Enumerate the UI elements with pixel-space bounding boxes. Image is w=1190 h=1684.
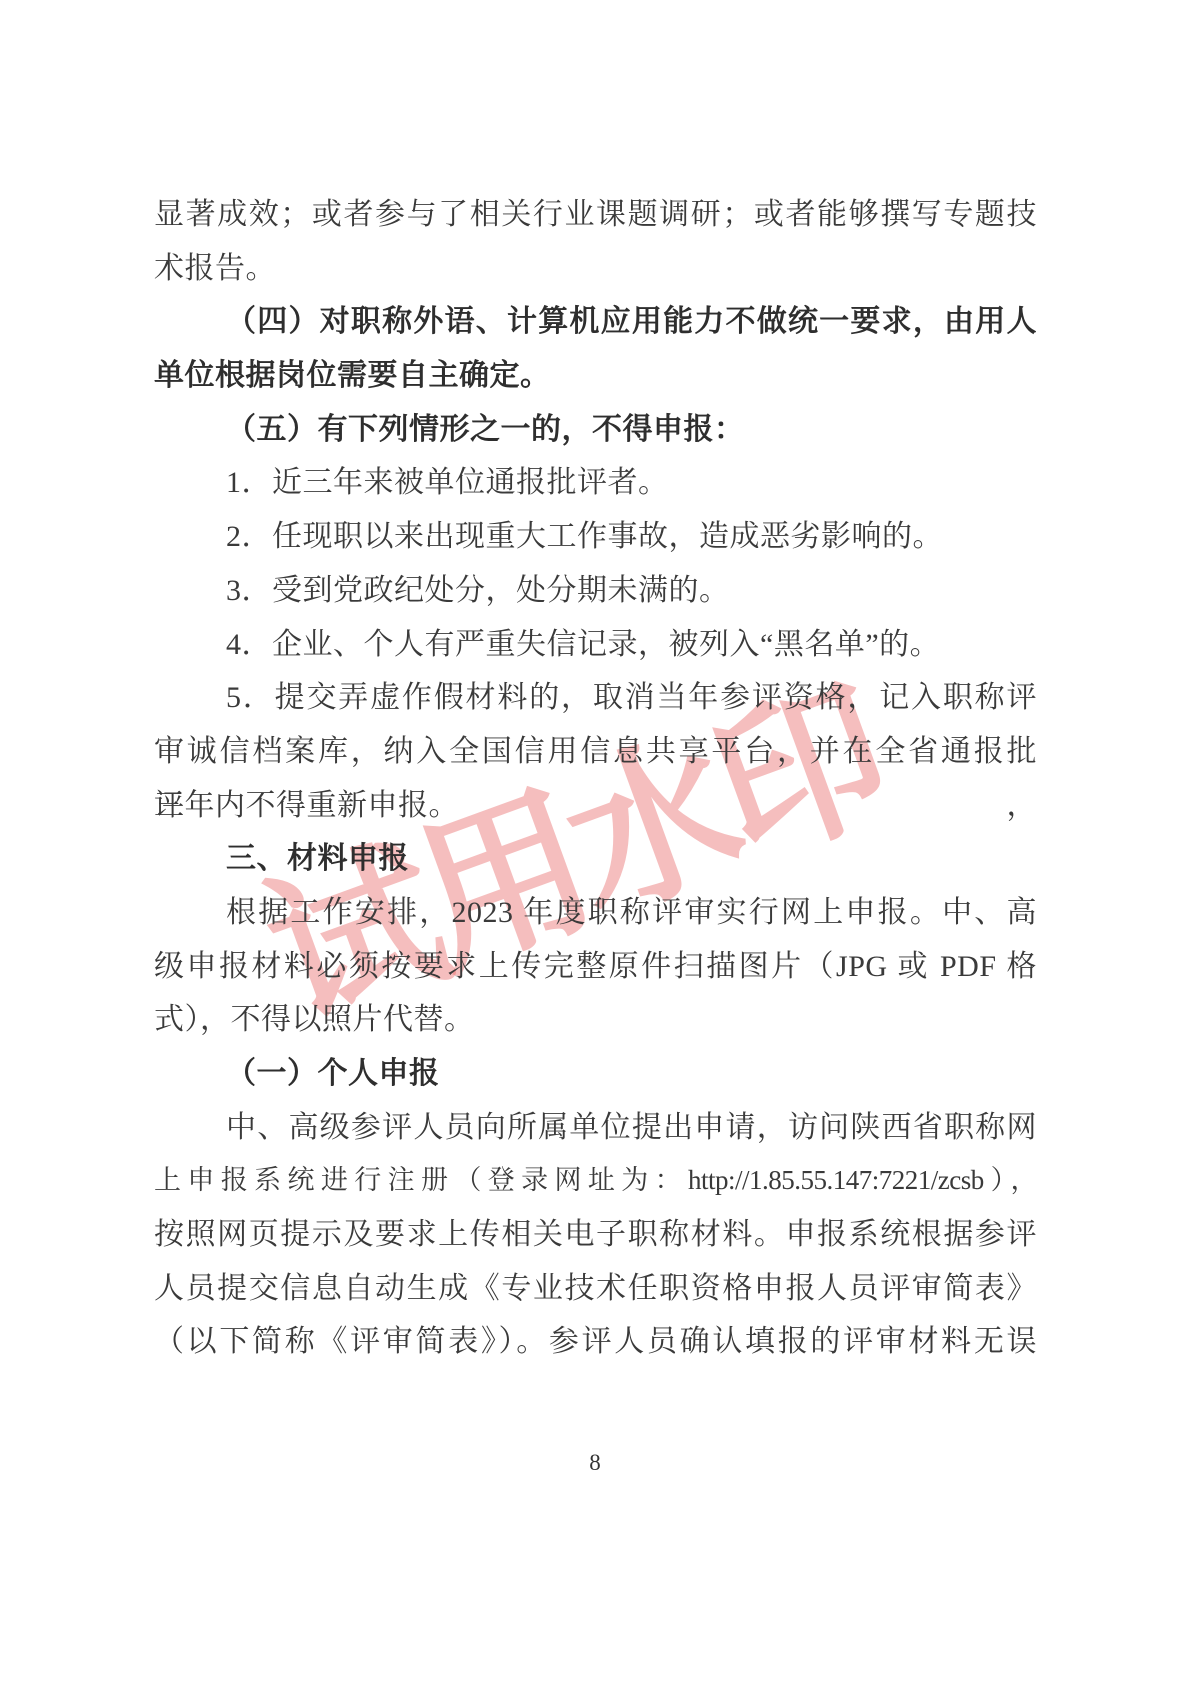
document-line: 单位根据岗位需要自主确定。 <box>154 349 1037 403</box>
list-item-1: 1．近三年来被单位通报批评者。 <box>154 456 1037 510</box>
document-line: 按照网页提示及要求上传相关电子职称材料。申报系统根据参评 <box>154 1208 1037 1262</box>
document-line: 人员提交信息自动生成《专业技术任职资格申报人员评审简表》 <box>154 1262 1037 1316</box>
document-line: 审诚信档案库，纳入全国信用信息共享平台，并在全省通报批评， <box>154 725 1037 779</box>
document-body: 显著成效；或者参与了相关行业课题调研；或者能够撰写专题技 术报告。 （四）对职称… <box>154 188 1037 1369</box>
document-line: （以下简称《评审简表》）。参评人员确认填报的评审材料无误 <box>154 1315 1037 1369</box>
page-number: 8 <box>0 1450 1190 1476</box>
document-line: 根据工作安排，2023 年度职称评审实行网上申报。中、高 <box>154 886 1037 940</box>
document-line: 中、高级参评人员向所属单位提出申请，访问陕西省职称网 <box>154 1101 1037 1155</box>
document-heading-5: （五）有下列情形之一的，不得申报： <box>154 403 1037 457</box>
document-line: 式），不得以照片代替。 <box>154 993 1037 1047</box>
list-item-3: 3．受到党政纪处分，处分期未满的。 <box>154 564 1037 618</box>
list-item-5: 5．提交弄虚作假材料的，取消当年参评资格，记入职称评 <box>154 671 1037 725</box>
subsection-heading-1: （一）个人申报 <box>154 1047 1037 1101</box>
document-line-url: 上申报系统进行注册（登录网址为：http://1.85.55.147:7221/… <box>154 1154 1037 1208</box>
document-heading-4: （四）对职称外语、计算机应用能力不做统一要求，由用人 <box>154 295 1037 349</box>
document-page: 试用水印 显著成效；或者参与了相关行业课题调研；或者能够撰写专题技 术报告。 （… <box>0 0 1190 1684</box>
section-heading-3: 三、材料申报 <box>154 832 1037 886</box>
document-line: 级申报材料必须按要求上传完整原件扫描图片（JPG 或 PDF 格 <box>154 940 1037 994</box>
list-item-4: 4．企业、个人有严重失信记录，被列入“黑名单”的。 <box>154 618 1037 672</box>
document-line: 术报告。 <box>154 242 1037 296</box>
list-item-2: 2．任现职以来出现重大工作事故，造成恶劣影响的。 <box>154 510 1037 564</box>
document-line: 显著成效；或者参与了相关行业课题调研；或者能够撰写专题技 <box>154 188 1037 242</box>
